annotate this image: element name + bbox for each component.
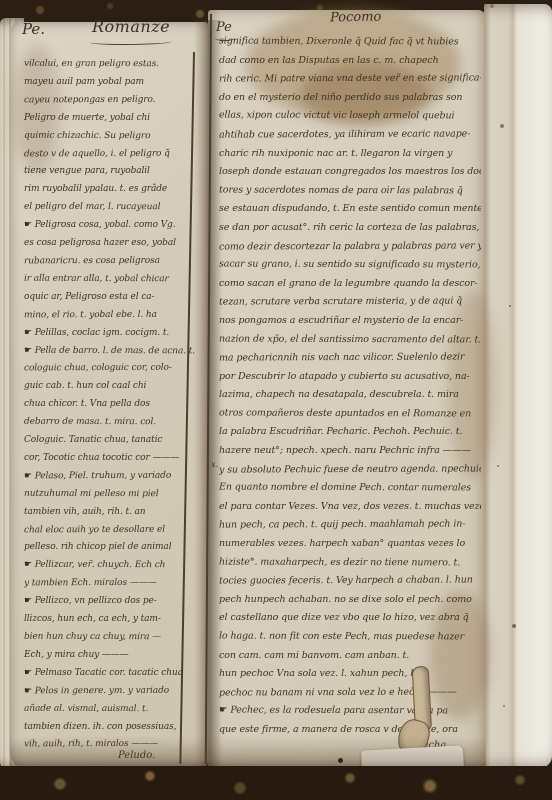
left-page-section-title: Romanze [92, 17, 170, 36]
manuscript-text-line: ☛ Peligrosa cosa, yobal. como Vg. [24, 217, 196, 235]
manuscript-text-line: con cam. cam mi banvom. cam anban. t. [219, 647, 481, 666]
manuscript-text-line: numerables vezes. harpech xaban° quantas… [219, 535, 481, 554]
manuscript-photo: Pe. Romanze Pe Pocomo vilcalui, en gran … [0, 0, 552, 800]
right-column-text: significa tambien, Dixeronle q̃ Quid fac… [219, 33, 481, 745]
manuscript-text-line: Cologuic. Tanatic chua, tanatic [24, 432, 196, 450]
manuscript-text-line: ☛ Pelmaso Tacatic cor. tacatic chua [24, 665, 196, 683]
manuscript-text-line: cayeu notepongas en peligro. [24, 91, 196, 110]
left-column-text: vilcalui, en gran peligro estas.mayeu au… [24, 56, 196, 762]
manuscript-text-line: chal eloc auih yo te desollare el [24, 521, 196, 540]
manuscript-text-line: el para contar Vezes. Vna vez, dos vezes… [219, 498, 481, 517]
manuscript-text-line: dad como en las Disputas en las c. m. ch… [219, 52, 481, 71]
manuscript-text-line: es cosa peligrosa hazer eso, yobal [24, 235, 196, 253]
manuscript-text-line: rubanaricru. es cosa peligrosa [24, 253, 196, 272]
manuscript-text-line: lazima, chapech na desatapala, descubrel… [219, 386, 481, 405]
manuscript-text-line: tocies guocies feceris. t. Vey harpech a… [219, 572, 481, 592]
manuscript-text-line: ir alla entrar alla, t. yobal chicar [24, 271, 196, 290]
manuscript-text-line: y tambien Ech. miralos ——— [24, 575, 196, 594]
manuscript-text-line: el castellano que dize vez vbo que lo hi… [219, 609, 481, 628]
manuscript-text-line: charic rih nuxiponic nac ar. t. llegaron… [219, 145, 481, 164]
manuscript-text-line: hiziste°. maxaharpech, es dezir no tiene… [219, 553, 481, 573]
manuscript-text-line: guic cab. t. hun col caal chi [24, 378, 196, 396]
manuscript-text-line: significa tambien, Dixeronle q̃ Quid fac… [219, 33, 481, 52]
manuscript-text-line: la palabra Escudriñar. Pecharic. Pechoh.… [219, 423, 481, 442]
manuscript-text-line: desto v de aquello, i. el peligro q̃ [24, 145, 196, 164]
manuscript-text-line: se estauan dispudando, t. En este sentid… [219, 200, 481, 219]
manuscript-text-line: debarro de masa. t. mira. col. [24, 414, 196, 433]
manuscript-text-line: ☛ Pelaso, Piel. truhum, y variado [24, 467, 196, 486]
manuscript-text-line: En quanto nombre el domine Pech. contar … [219, 479, 481, 499]
manuscript-text-line: tiene vengue para, ruyobalil [24, 163, 196, 181]
manuscript-text-line: Ech, y mira chuy ——— [24, 647, 196, 665]
manuscript-text-line: como sacan el grano de la legumbre quand… [219, 275, 481, 294]
manuscript-text-line: ellas, xipon culoc victut vic loseph arm… [219, 107, 481, 127]
manuscript-text-line: llizcos, hun ech, ca ech, y tam- [24, 611, 196, 629]
manuscript-text-line: rih ceric. Mi patre viana vna deste ver̃… [219, 70, 481, 90]
manuscript-text-line: tambien dizen. ih. con posessiuas, [24, 719, 196, 737]
manuscript-text-line: sacar su grano, i. su sentido su signifi… [219, 256, 481, 276]
manuscript-text-line: tores y sacerdotes nomas de para oir las… [219, 181, 481, 201]
manuscript-text-line: loseph donde estauan congregados los mae… [219, 163, 481, 182]
manuscript-text-line: tambien vih, auih, rih. t. an [24, 504, 196, 522]
manuscript-text-line: ☛ Pelillas, coclac igm. cocigm. t. [24, 325, 196, 343]
manuscript-text-line: y su absoluto Pechuic fuese de neutro ag… [219, 460, 481, 480]
manuscript-text-line: ahtihab cue sacerdotes, ya ilihiram ve e… [219, 125, 481, 145]
manuscript-text-line: bien hun chuy ca chuy, mira — [24, 629, 196, 648]
manuscript-text-line: quimic chizachic. Su peligro [24, 127, 196, 146]
manuscript-text-line: nos pongamos a escudriñar el mysterio de… [219, 312, 481, 331]
manuscript-text-line: otros compañeros deste apuntados en el R… [219, 404, 481, 424]
manuscript-text-line: cologuic chua, cologuic cor, colo- [24, 360, 196, 379]
manuscript-text-line: do en el mysterio del niño perdido sus p… [219, 89, 481, 108]
margin-annotation-mark: x. [211, 460, 219, 470]
right-page-section-title: Pocomo [330, 10, 382, 26]
manuscript-text-line: mayeu auil pam yobal pam [24, 74, 196, 92]
manuscript-text-line: se dan por acusat°. rih ceric la corteza… [219, 219, 481, 238]
manuscript-text-line: cor, Tocotic chua tocotic cor ——— [24, 450, 196, 468]
manuscript-text-line: ma pecharicnnih nis vach nac vilicor. Su… [219, 349, 481, 369]
manuscript-text-line: el peligro del mar, l. rucayeual [24, 199, 196, 218]
manuscript-text-line: tezan, scrutare verba scrutare misteria,… [219, 293, 481, 313]
manuscript-text-line: nutzuhumal mi pelleso mi piel [24, 485, 196, 504]
manuscript-text-line: ☛ Pellizcar, ver̃. chuych. Ech ch [24, 557, 196, 576]
manuscript-text-line: hazere neut°; npech. xpech. naru Pechric… [219, 442, 481, 461]
manuscript-text-line: Peligro de muerte, yobal chi [24, 110, 196, 128]
manuscript-text-line: vilcalui, en gran peligro estas. [24, 56, 196, 74]
manuscript-text-line: rim ruyobalil ypalau. t. es grãde [24, 181, 196, 199]
manuscript-text-line: por Descubrir lo atapado y cubierto su a… [219, 368, 481, 387]
manuscript-text-line: ☛ Pelos in genere. ym. y variado [24, 682, 196, 701]
manuscript-text-line: mino, el rio. t. yobal ebe. l. ha [24, 306, 196, 325]
manuscript-text-line: lo haga. t. non fit con este Pech, mas p… [219, 628, 481, 648]
manuscript-text-line: ☛ Pellizco, vn pellizco dos pe- [24, 593, 196, 611]
manuscript-text-line: ☛ Pella de barro. l. de mas. de acna. t. [24, 342, 196, 361]
manuscript-text-line: añade al. vismal, auismal. t. [24, 700, 196, 719]
fore-edge-speckles [490, 4, 494, 8]
manuscript-text-line: como dezir descortezar la palabra y pala… [219, 237, 481, 257]
manuscript-text-line: pelleso. rih chicop piel de animal [24, 539, 196, 557]
manuscript-text-line: chua chicor. t. Vna pella dos [24, 396, 196, 414]
torn-bottom-edge [10, 736, 486, 768]
manuscript-text-line: nazion de xp̃o, el del santissimo sacram… [219, 330, 481, 350]
manuscript-text-line: pech hunpech achaban. no se dixe solo el… [219, 591, 481, 610]
left-page-folio-letter: Pe. [22, 20, 45, 38]
manuscript-text-line: oquic ar, Peligroso esta el ca- [24, 289, 196, 307]
book-cover-bottom-band [0, 766, 552, 800]
manuscript-text-line: hun pech, ca pech. t. quij pech. maahlam… [219, 516, 481, 536]
